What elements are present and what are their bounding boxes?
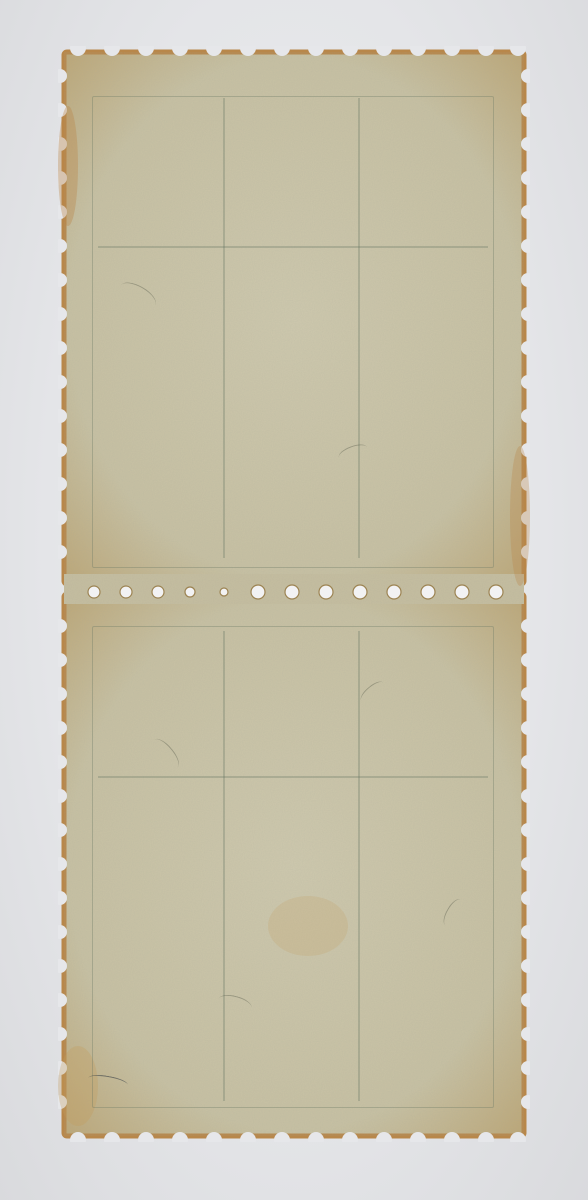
show-through-horizontal <box>98 776 488 778</box>
stamp-pair <box>58 46 530 1142</box>
show-through-vertical <box>223 631 225 1101</box>
show-through-frame-bottom <box>92 626 494 1108</box>
show-through-frame-top <box>92 96 494 568</box>
show-through-vertical <box>358 98 360 558</box>
show-through-vertical <box>358 631 360 1101</box>
show-through-vertical <box>223 98 225 558</box>
show-through-horizontal <box>98 246 488 248</box>
